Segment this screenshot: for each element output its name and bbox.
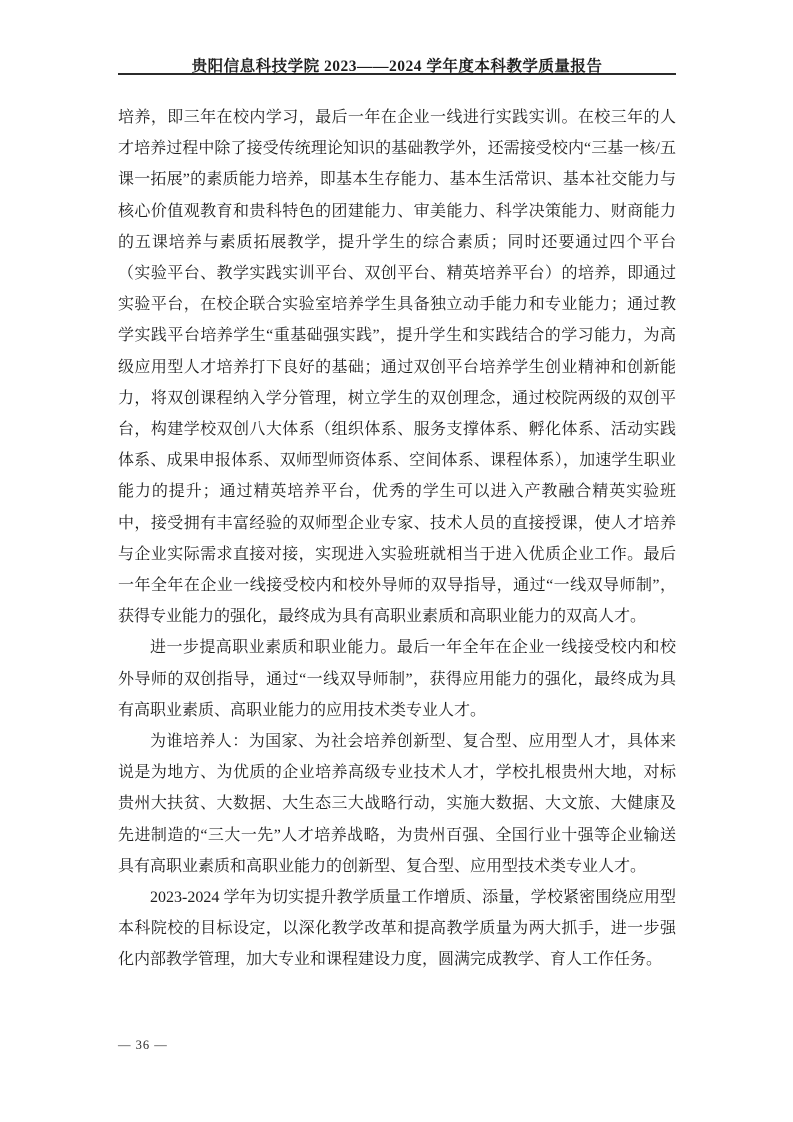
- page-number: — 36 —: [118, 1038, 168, 1053]
- header-rule: [118, 73, 676, 75]
- body-paragraph-continuation: 培养，即三年在校内学习，最后一年在企业一线进行实践实训。在校三年的人才培养过程中…: [118, 102, 676, 632]
- document-body: 培养，即三年在校内学习，最后一年在企业一线进行实践实训。在校三年的人才培养过程中…: [118, 102, 676, 976]
- body-paragraph: 为谁培养人：为国家、为社会培养创新型、复合型、应用型人才，具体来说是为地方、为优…: [118, 726, 676, 882]
- body-paragraph: 2023-2024 学年为切实提升教学质量工作增质、添量，学校紧密围绕应用型本科…: [118, 882, 676, 976]
- document-page: 贵阳信息科技学院 2023——2024 学年度本科教学质量报告 培养，即三年在校…: [0, 0, 793, 1122]
- body-paragraph: 进一步提高职业素质和职业能力。最后一年全年在企业一线接受校内和校外导师的双创指导…: [118, 632, 676, 726]
